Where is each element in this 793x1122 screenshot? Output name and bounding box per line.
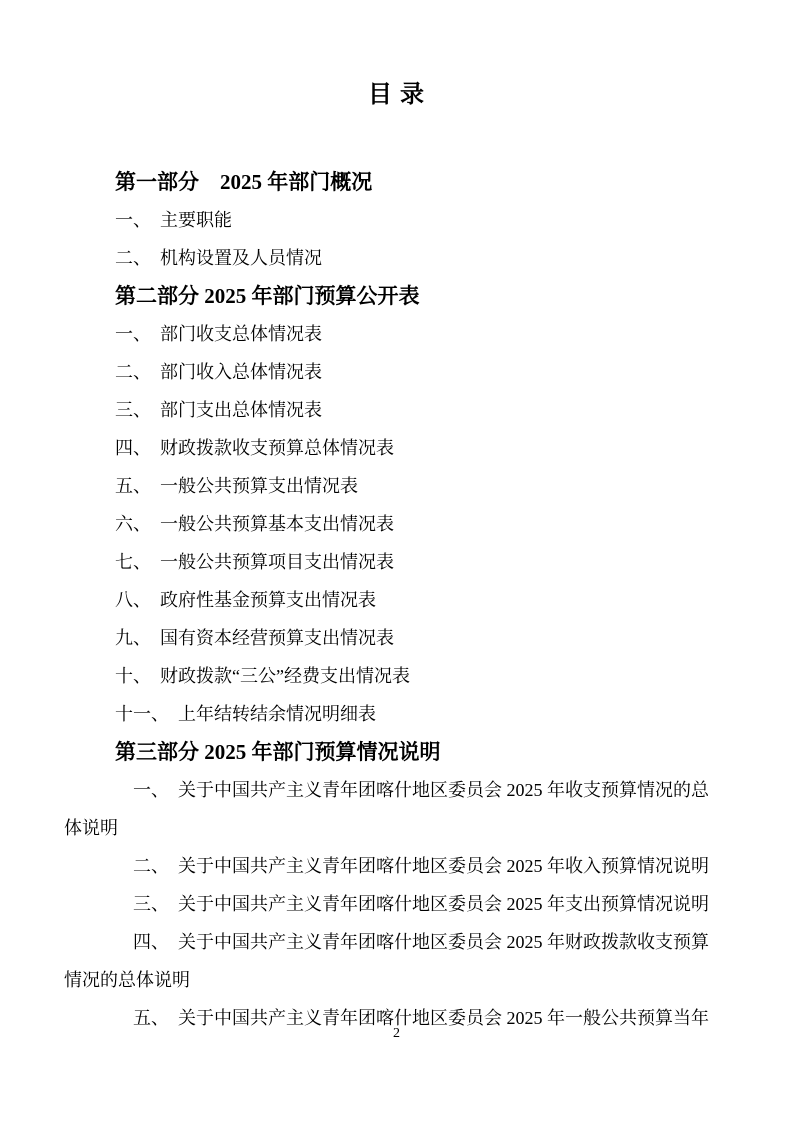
toc-entry: 十一、 上年结转结余情况明细表 xyxy=(64,698,736,736)
toc-entry-continuation: 体说明 xyxy=(64,812,736,850)
toc-entry: 三、 部门支出总体情况表 xyxy=(64,394,736,432)
toc-entry: 四、 财政拨款收支预算总体情况表 xyxy=(64,432,736,470)
toc-entry: 五、 一般公共预算支出情况表 xyxy=(64,470,736,508)
document-title: 目 录 xyxy=(0,80,793,110)
toc-entry: 一、 关于中国共产主义青年团喀什地区委员会 2025 年收支预算情况的总 xyxy=(64,774,736,812)
toc-entry: 一、 主要职能 xyxy=(64,204,736,242)
toc-entry: 九、 国有资本经营预算支出情况表 xyxy=(64,622,736,660)
toc-entry: 六、 一般公共预算基本支出情况表 xyxy=(64,508,736,546)
table-of-contents: 第一部分 2025 年部门概况 一、 主要职能 二、 机构设置及人员情况 第二部… xyxy=(64,166,736,1040)
toc-entry: 八、 政府性基金预算支出情况表 xyxy=(64,584,736,622)
toc-entry: 二、 关于中国共产主义青年团喀什地区委员会 2025 年收入预算情况说明 xyxy=(64,850,736,888)
toc-entry: 十、 财政拨款“三公”经费支出情况表 xyxy=(64,660,736,698)
toc-entry: 三、 关于中国共产主义青年团喀什地区委员会 2025 年支出预算情况说明 xyxy=(64,888,736,926)
toc-entry: 一、 部门收支总体情况表 xyxy=(64,318,736,356)
toc-section-heading: 第二部分 2025 年部门预算公开表 xyxy=(64,280,736,318)
toc-entry: 四、 关于中国共产主义青年团喀什地区委员会 2025 年财政拨款收支预算 xyxy=(64,926,736,964)
page-number: 2 xyxy=(0,1026,793,1042)
toc-section-heading: 第一部分 2025 年部门概况 xyxy=(64,166,736,204)
toc-entry: 二、 部门收入总体情况表 xyxy=(64,356,736,394)
toc-entry: 二、 机构设置及人员情况 xyxy=(64,242,736,280)
toc-section-heading: 第三部分 2025 年部门预算情况说明 xyxy=(64,736,736,774)
document-page: 目 录 第一部分 2025 年部门概况 一、 主要职能 二、 机构设置及人员情况… xyxy=(0,0,793,1122)
toc-entry-continuation: 情况的总体说明 xyxy=(64,964,736,1002)
toc-entry: 七、 一般公共预算项目支出情况表 xyxy=(64,546,736,584)
